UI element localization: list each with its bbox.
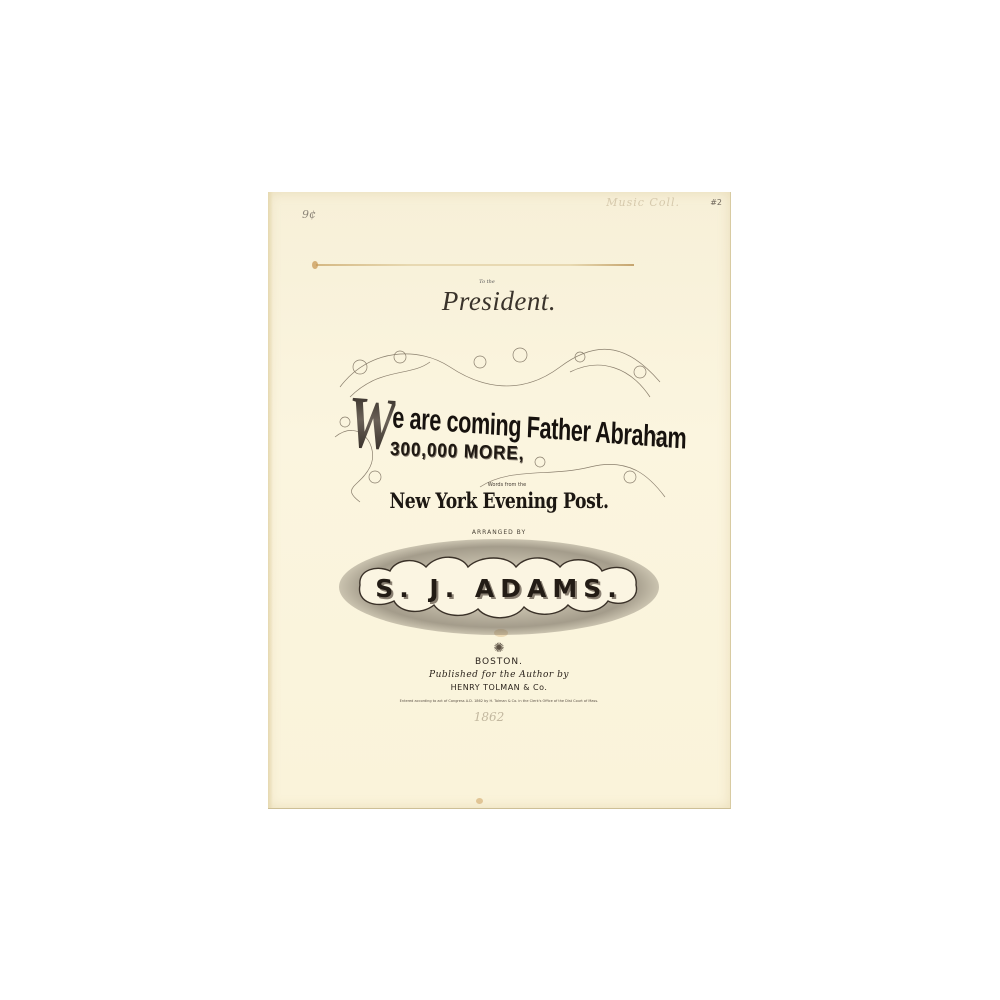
arranger-label: ARRANGED BY	[268, 529, 730, 536]
dedication-prefix: To the	[256, 279, 718, 285]
foxing-spot	[312, 261, 318, 269]
copyright-notice: Entered according to act of Congress A.D…	[268, 699, 730, 703]
song-title: We are coming Father Abraham	[346, 380, 579, 482]
pencil-note-price: 9¢	[302, 208, 316, 221]
source-name: New York Evening Post.	[310, 488, 689, 513]
publisher-city: BOSTON.	[268, 657, 730, 667]
publisher-name: HENRY TOLMAN & Co.	[268, 683, 730, 692]
pencil-year: 1862	[258, 710, 720, 724]
dedication-name: President.	[268, 286, 730, 317]
sheet-music-cover: 9¢ Music Coll. #2 To the President. We a…	[268, 192, 731, 809]
foxing-spot	[476, 798, 483, 804]
published-line: Published for the Author by	[268, 670, 730, 680]
pencil-note-number: #2	[710, 198, 722, 207]
arranger-cartouche: S. J. ADAMS.	[338, 537, 660, 637]
plate-mark-line	[316, 264, 634, 266]
arranger-name: S. J. ADAMS.	[338, 574, 660, 603]
pencil-note-collection: Music Coll.	[606, 196, 680, 209]
star-emblem-icon: ✺	[268, 640, 730, 656]
